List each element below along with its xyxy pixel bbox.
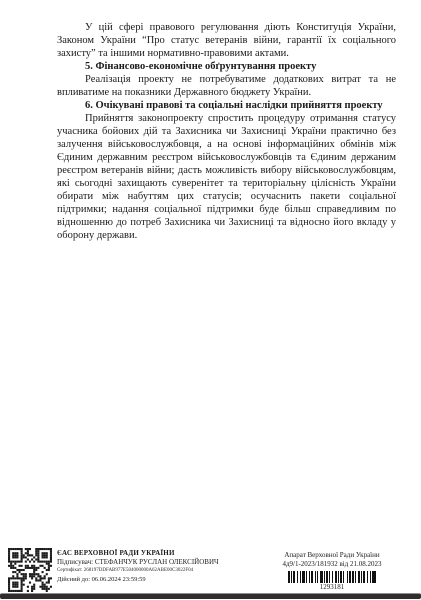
section6-paragraph: Прийняття законопроекту спростить процед…: [57, 112, 396, 242]
section6-heading: 6. Очікувані правові та соціальні наслід…: [57, 99, 396, 112]
signature-valid-until: Дійсний до: 06.06.2024 23:59:59: [57, 575, 272, 584]
stamp-office: Апарат Верховної Ради України: [265, 551, 399, 560]
barcode-icon: [265, 571, 399, 583]
registration-stamp: Апарат Верховної Ради України 4д9/1-2023…: [265, 551, 399, 591]
intro-paragraph: У цій сфері правового регулювання діють …: [57, 21, 396, 60]
signature-block: ЄАС ВЕРХОВНОЇ РАДИ УКРАЇНИ Підписувач: С…: [57, 549, 272, 584]
document-body: У цій сфері правового регулювання діють …: [57, 21, 396, 242]
section5-heading: 5. Фінансово-економічне обґрунтування пр…: [57, 60, 396, 73]
window-bottom-edge: [0, 593, 421, 599]
barcode-number: 1293181: [265, 583, 399, 591]
signature-system-name: ЄАС ВЕРХОВНОЇ РАДИ УКРАЇНИ: [57, 549, 272, 558]
signature-certificate: Сертифікат: 268197DDFAB977E504000000A62A…: [57, 567, 272, 575]
section5-paragraph: Реалізація проекту не потребуватиме дода…: [57, 73, 396, 99]
signature-signer: Підписувач: СТЕФАНЧУК РУСЛАН ОЛЕКСІЙОВИЧ: [57, 558, 272, 567]
stamp-number-line: 4д9/1-2023/181932 від 21.08.2023: [265, 560, 399, 569]
qr-code-icon: [8, 548, 52, 592]
signature-footer: ЄАС ВЕРХОВНОЇ РАДИ УКРАЇНИ Підписувач: С…: [0, 546, 421, 594]
